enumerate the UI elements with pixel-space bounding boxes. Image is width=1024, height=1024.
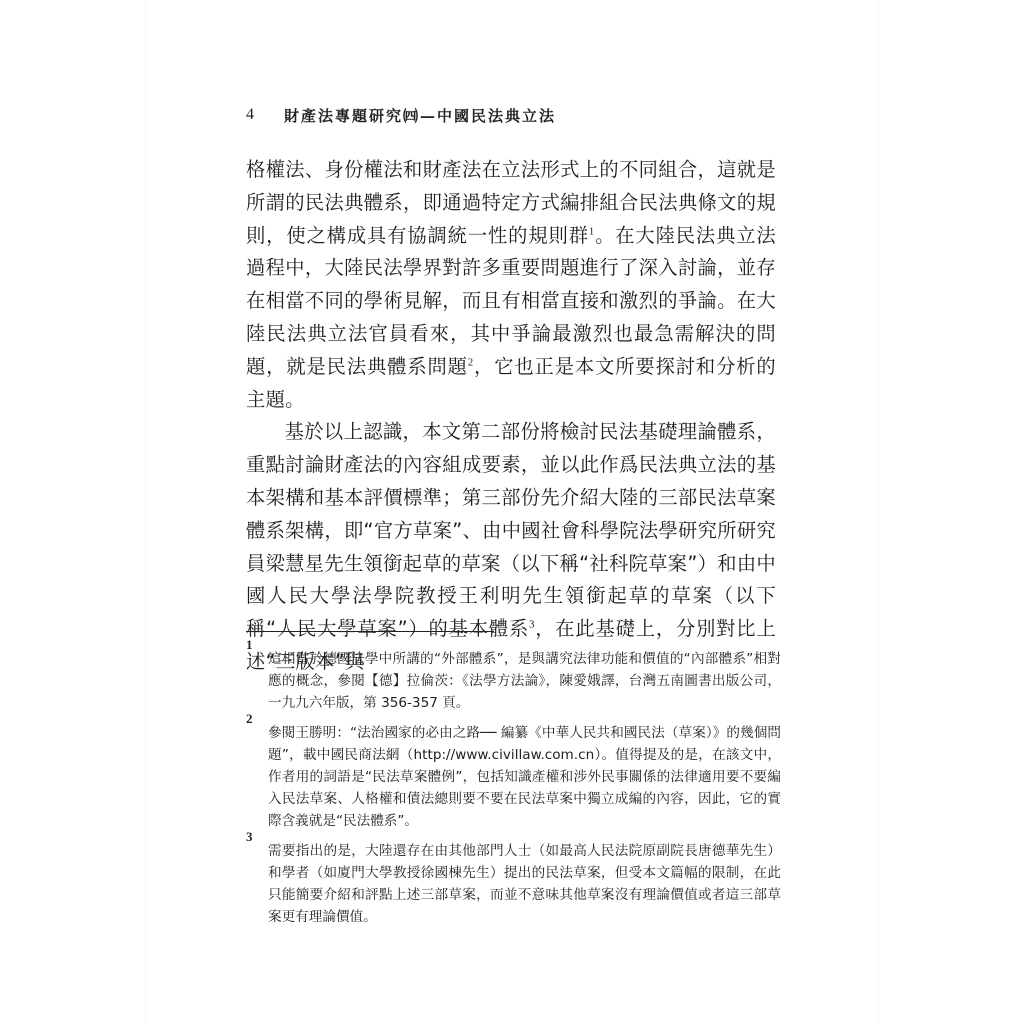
footnote-number: 2	[246, 708, 253, 730]
footnote-text: 這相當於德國法學中所講的“外部體系”，是與講究法律功能和價值的“內部體系”相對應…	[268, 640, 781, 714]
running-head-title: 財產法專題研究㈣—中國民法典立法	[284, 105, 556, 126]
footnote-text: 需要指出的是，大陸還存在由其他部門人士（如最高人民法院原副院長唐德華先生）和學者…	[268, 832, 781, 928]
footnote-text: 參閱王勝明：“法治國家的必由之路── 編纂《中華人民共和國民法（草案）》的幾個問…	[268, 714, 781, 832]
footnote-1: 1 這相當於德國法學中所講的“外部體系”，是與講究法律功能和價值的“內部體系”相…	[246, 640, 781, 714]
footnote-3: 3 需要指出的是，大陸還存在由其他部門人士（如最高人民法院原副院長唐德華先生）和…	[246, 832, 781, 928]
footnote-2: 2 參閱王勝明：“法治國家的必由之路── 編纂《中華人民共和國民法（草案）》的幾…	[246, 714, 781, 832]
footnote-number: 3	[246, 826, 253, 848]
footnote-number: 1	[246, 634, 253, 656]
body-text: 格權法、身份權法和財產法在立法形式上的不同組合，這就是所謂的民法典體系，即通過特…	[246, 154, 776, 679]
footnote-separator	[246, 631, 494, 632]
running-head: 4 財產法專題研究㈣—中國民法典立法	[246, 103, 556, 127]
paragraph-text: 基於以上認識，本文第二部份將檢討民法基礎理論體系，重點討論財產法的內容組成要素，…	[246, 420, 776, 640]
footnotes: 1 這相當於德國法學中所講的“外部體系”，是與講究法律功能和價值的“內部體系”相…	[246, 640, 781, 928]
paragraph-1: 格權法、身份權法和財產法在立法形式上的不同組合，這就是所謂的民法典體系，即通過特…	[246, 154, 776, 416]
page-number: 4	[246, 106, 284, 124]
